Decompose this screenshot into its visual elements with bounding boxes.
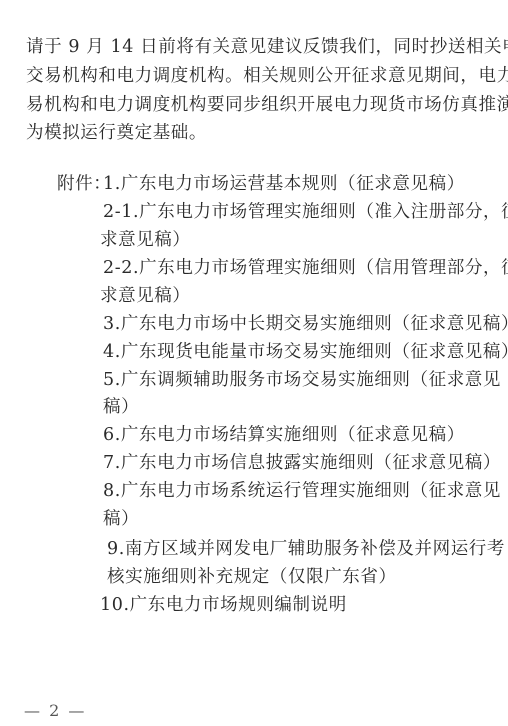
attachment-item-9-continued: 核实施细则补充规定（仅限广东省） (107, 566, 397, 588)
attachment-item-2-1-continued: 求意见稿） (100, 229, 191, 251)
attachment-item-2-2-continued: 求意见稿） (100, 285, 191, 307)
attachment-item-5-continued: 稿） (103, 396, 139, 418)
attachment-item-2-2: 2-2.广东电力市场管理实施细则（信用管理部分，征 (103, 257, 508, 279)
attachment-item-5: 5.广东调频辅助服务市场交易实施细则（征求意见 (103, 369, 501, 391)
attachment-item-2-1: 2-1.广东电力市场管理实施细则（准入注册部分，征 (103, 201, 508, 223)
page-number: — 2 — (24, 701, 86, 721)
attachment-item-7: 7.广东电力市场信息披露实施细则（征求意见稿） (103, 452, 501, 474)
attachment-item-6: 6.广东电力市场结算实施细则（征求意见稿） (103, 424, 465, 446)
attachment-item-4: 4.广东现货电能量市场交易实施细则（征求意见稿） (103, 341, 508, 363)
attachment-item-8-continued: 稿） (103, 508, 139, 530)
attachment-item-3: 3.广东电力市场中长期交易实施细则（征求意见稿） (103, 313, 508, 335)
attachment-item-1: 1.广东电力市场运营基本规则（征求意见稿） (103, 173, 465, 195)
paragraph-line: 请于 9 月 14 日前将有关意见建议反馈我们，同时抄送相关电力 (26, 36, 508, 58)
attachment-item-8: 8.广东电力市场系统运行管理实施细则（征求意见 (103, 480, 501, 502)
attachment-item-10: 10.广东电力市场规则编制说明 (100, 594, 347, 616)
paragraph-line: 易机构和电力调度机构要同步组织开展电力现货市场仿真推演， (26, 94, 508, 116)
paragraph-line: 为模拟运行奠定基础。 (26, 122, 207, 144)
paragraph-line: 交易机构和电力调度机构。相关规则公开征求意见期间，电力交 (26, 65, 508, 87)
attachment-item-9: 9.南方区域并网发电厂辅助服务补偿及并网运行考 (107, 538, 505, 560)
